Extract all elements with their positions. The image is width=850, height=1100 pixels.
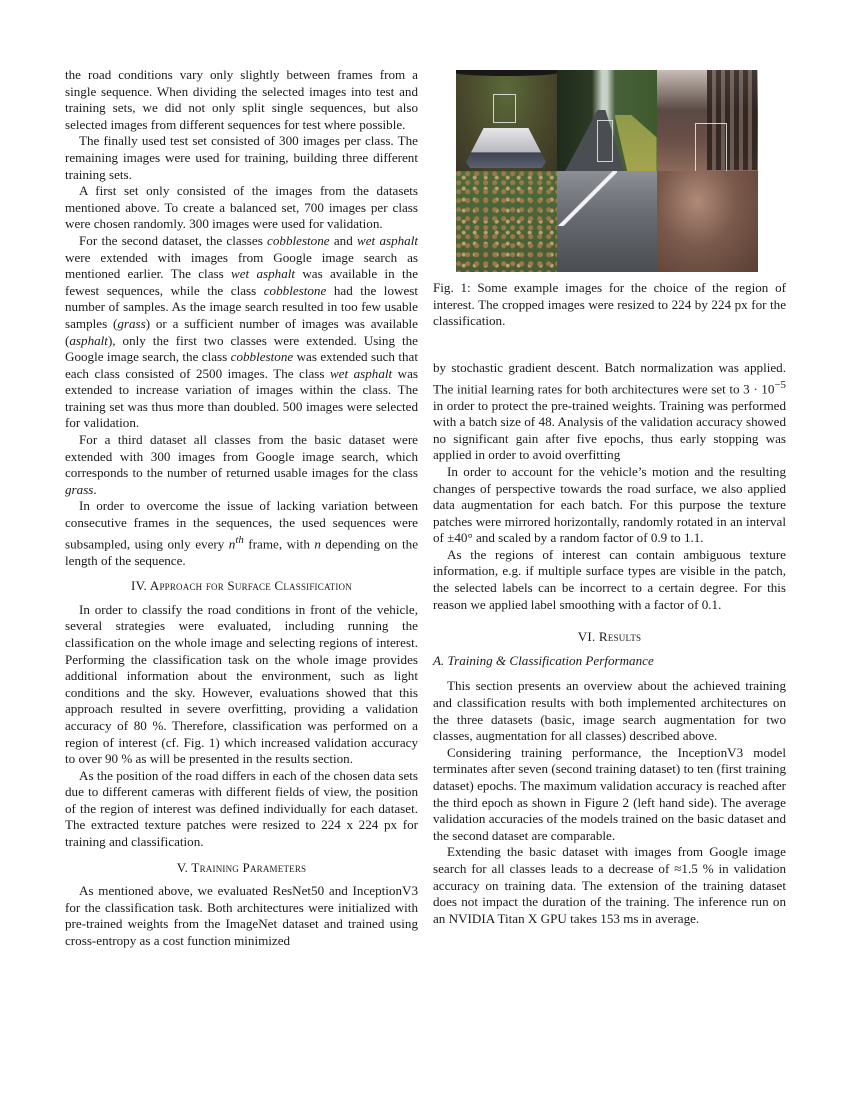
asphalt-crop-image	[557, 171, 658, 272]
roi-box	[695, 123, 727, 171]
paragraph: For a third dataset all classes from the…	[65, 432, 418, 498]
paragraph: As mentioned above, we evaluated ResNet5…	[65, 883, 418, 949]
paragraph: by stochastic gradient descent. Batch no…	[433, 360, 786, 464]
figure-caption: Fig. 1: Some example images for the choi…	[433, 280, 786, 330]
paragraph: This section presents an overview about …	[433, 678, 786, 744]
paragraph: As the position of the road differs in e…	[65, 768, 418, 851]
paragraph: The finally used test set consisted of 3…	[65, 133, 418, 183]
car-hood	[466, 128, 546, 168]
dirt-crop-image	[657, 171, 758, 272]
roi-box	[493, 94, 516, 123]
paragraph: Considering training performance, the In…	[433, 745, 786, 845]
paragraph: In order to classify the road conditions…	[65, 602, 418, 768]
paragraph: A first set only consisted of the images…	[65, 183, 418, 233]
section-heading: V. Training Parameters	[65, 860, 418, 877]
grass-crop-image	[456, 171, 557, 272]
forest-road-image	[557, 70, 658, 171]
figure-1	[456, 70, 758, 272]
paragraph: In order to account for the vehicle’s mo…	[433, 464, 786, 547]
paragraph: Extending the basic dataset with images …	[433, 844, 786, 927]
grass-field-image	[456, 70, 557, 171]
lane-marking	[557, 171, 617, 226]
section-heading: IV. Approach for Surface Classification	[65, 578, 418, 595]
left-column: the road conditions vary only slightly b…	[65, 67, 418, 950]
forest-track-image	[657, 70, 758, 171]
right-column: by stochastic gradient descent. Batch no…	[433, 360, 786, 927]
paragraph: In order to overcome the issue of lackin…	[65, 498, 418, 569]
paragraph: the road conditions vary only slightly b…	[65, 67, 418, 133]
roi-box	[597, 120, 613, 162]
subsection-heading: A. Training & Classification Performance	[433, 653, 786, 670]
paragraph: As the regions of interest can contain a…	[433, 547, 786, 613]
section-heading: VI. Results	[433, 629, 786, 646]
paragraph: For the second dataset, the classes cobb…	[65, 233, 418, 432]
